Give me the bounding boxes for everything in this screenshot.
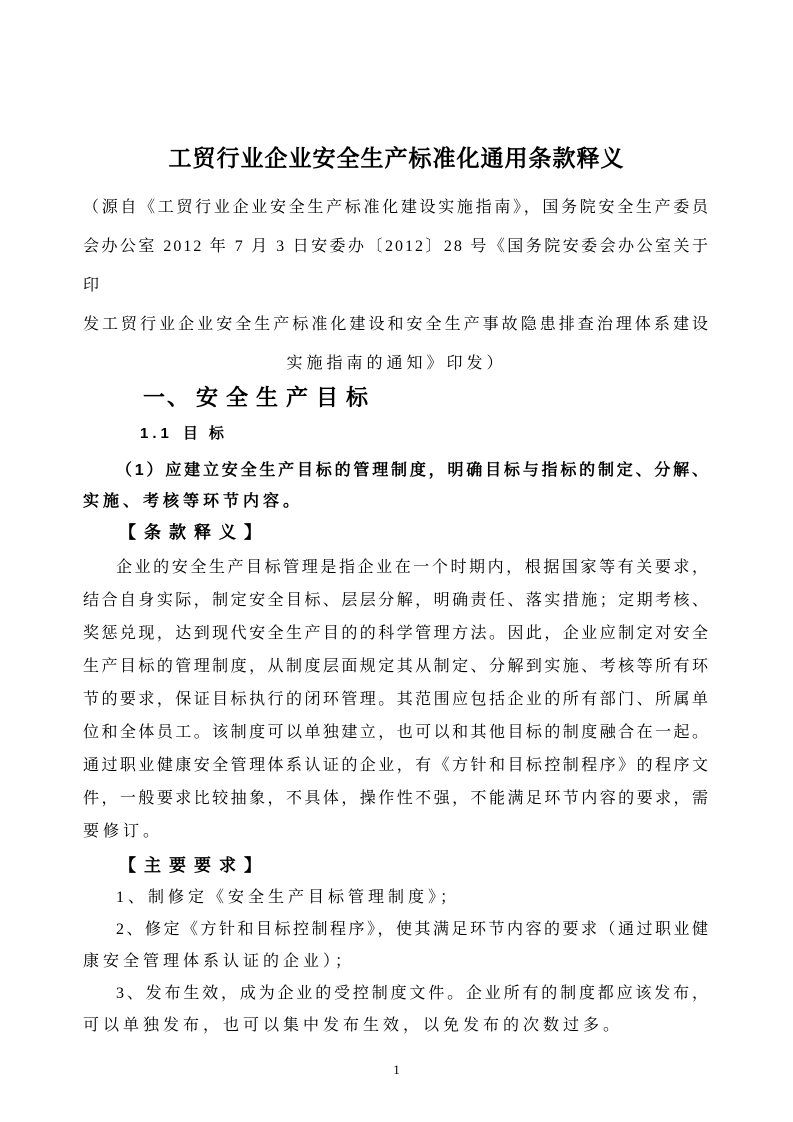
requirements-list: 1、制修定《安全生产目标管理制度》； 2、修定《方针和目标控制程序》，使其满足环… — [83, 882, 710, 1042]
section-title: 安全生产目标 — [196, 385, 376, 410]
requirement-line: 1、制修定《安全生产目标管理制度》； — [83, 882, 710, 914]
intro-paragraph: （源自《工贸行业企业安全生产标准化建设实施指南》，国务院安全生产委员 会办公室 … — [83, 188, 710, 383]
interpretation-paragraph: 企业的安全生产目标管理是指企业在一个时期内，根据国家等有关要求， 结合自身实际，… — [83, 551, 710, 848]
subsection-title: 目标 — [183, 425, 235, 442]
interpretation-line: 企业的安全生产目标管理是指企业在一个时期内，根据国家等有关要求， — [83, 551, 710, 584]
section-heading: 一、安全生产目标 — [83, 383, 710, 413]
interpretation-line: 件，一般要求比较抽象，不具体，操作性不强，不能满足环节内容的要求，需 — [83, 782, 710, 815]
interpretation-line: 通过职业健康安全管理体系认证的企业，有《方针和目标控制程序》的程序文 — [83, 749, 710, 782]
clause-line: 实施、考核等环节内容。 — [83, 486, 710, 517]
interpretation-line: 生产目标的管理制度，从制度层面规定其从制定、分解到实施、考核等所有环 — [83, 650, 710, 683]
intro-line: 实施指南的通知》印发） — [83, 344, 710, 383]
document-content: 工贸行业企业安全生产标准化通用条款释义 （源自《工贸行业企业安全生产标准化建设实… — [0, 0, 793, 1085]
interpretation-line: 结合自身实际，制定安全目标、层层分解，明确责任、落实措施；定期考核、 — [83, 584, 710, 617]
requirement-line: 可以单独发布，也可以集中发布生效，以免发布的次数过多。 — [83, 1010, 710, 1042]
interpretation-line: 位和全体员工。该制度可以单独建立，也可以和其他目标的制度融合在一起。 — [83, 716, 710, 749]
interpretation-line: 奖惩兑现，达到现代安全生产目的的科学管理方法。因此，企业应制定对安全 — [83, 617, 710, 650]
interpretation-line: 要修订。 — [83, 815, 710, 848]
document-title: 工贸行业企业安全生产标准化通用条款释义 — [83, 0, 710, 174]
requirements-label: 【主要要求】 — [83, 850, 710, 882]
subsection-heading: 1.1目标 — [83, 419, 710, 449]
document-page: 工贸行业企业安全生产标准化通用条款释义 （源自《工贸行业企业安全生产标准化建设实… — [0, 0, 793, 1122]
clause-paragraph: （1）应建立安全生产目标的管理制度，明确目标与指标的制定、分解、 实施、考核等环… — [83, 455, 710, 517]
intro-line: 会办公室 2012 年 7 月 3 日安委办〔2012〕28 号《国务院安委会办… — [83, 227, 710, 305]
clause-line: （1）应建立安全生产目标的管理制度，明确目标与指标的制定、分解、 — [83, 455, 710, 486]
intro-line: （源自《工贸行业企业安全生产标准化建设实施指南》，国务院安全生产委员 — [83, 188, 710, 227]
requirement-line: 康安全管理体系认证的企业）； — [83, 946, 710, 978]
requirement-line: 3、发布生效，成为企业的受控制度文件。企业所有的制度都应该发布， — [83, 978, 710, 1010]
section-number: 一、 — [143, 385, 191, 410]
interpretation-line: 节的要求，保证目标执行的闭环管理。其范围应包括企业的所有部门、所属单 — [83, 683, 710, 716]
subsection-number: 1.1 — [140, 425, 173, 442]
requirement-line: 2、修定《方针和目标控制程序》，使其满足环节内容的要求（通过职业健 — [83, 914, 710, 946]
intro-line: 发工贸行业企业安全生产标准化建设和安全生产事故隐患排查治理体系建设 — [83, 305, 710, 344]
page-number: 1 — [83, 1055, 710, 1085]
interpretation-label: 【条款释义】 — [83, 517, 710, 549]
